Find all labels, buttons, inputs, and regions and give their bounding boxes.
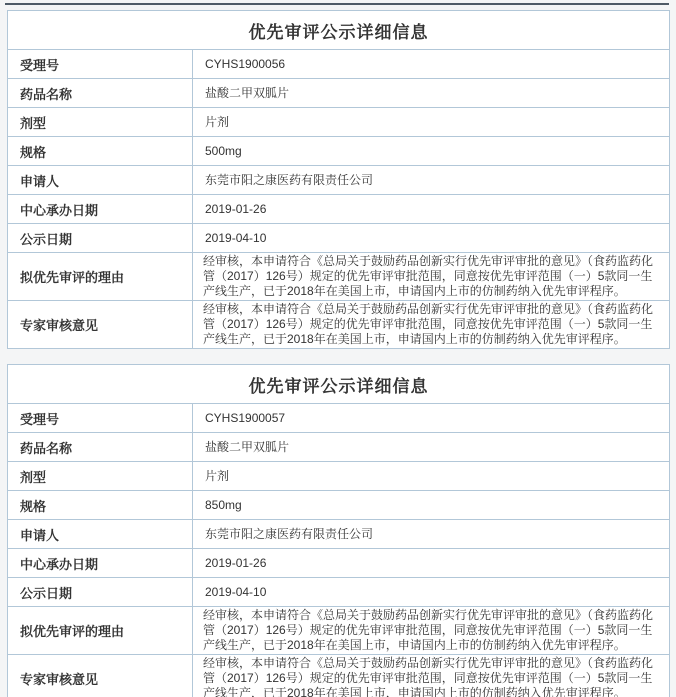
table-row: 中心承办日期 2019-01-26 xyxy=(8,549,670,578)
field-label-acceptance-number: 受理号 xyxy=(8,404,193,433)
field-value-acceptance-number: CYHS1900057 xyxy=(193,404,670,433)
field-value-drug-name: 盐酸二甲双胍片 xyxy=(193,79,670,108)
field-label-publicity-date: 公示日期 xyxy=(8,578,193,607)
priority-review-detail-table-1: 优先审评公示详细信息 受理号 CYHS1900056 药品名称 盐酸二甲双胍片 … xyxy=(7,10,670,349)
table-row: 受理号 CYHS1900057 xyxy=(8,404,670,433)
field-value-priority-review-reason: 经审核，本申请符合《总局关于鼓励药品创新实行优先审评审批的意见》（食药监药化管（… xyxy=(193,607,670,655)
table-row: 中心承办日期 2019-01-26 xyxy=(8,195,670,224)
field-label-expert-review-opinion: 专家审核意见 xyxy=(8,655,193,697)
field-label-applicant: 申请人 xyxy=(8,520,193,549)
table-row: 规格 500mg xyxy=(8,137,670,166)
field-value-expert-review-opinion: 经审核，本申请符合《总局关于鼓励药品创新实行优先审评审批的意见》（食药监药化管（… xyxy=(193,655,670,697)
field-label-applicant: 申请人 xyxy=(8,166,193,195)
priority-review-detail-table-2: 优先审评公示详细信息 受理号 CYHS1900057 药品名称 盐酸二甲双胍片 … xyxy=(7,364,670,697)
table-row: 剂型 片剂 xyxy=(8,462,670,491)
field-value-drug-name: 盐酸二甲双胍片 xyxy=(193,433,670,462)
table-row: 拟优先审评的理由 经审核，本申请符合《总局关于鼓励药品创新实行优先审评审批的意见… xyxy=(8,253,670,301)
field-value-center-undertake-date: 2019-01-26 xyxy=(193,195,670,224)
field-label-dosage-form: 剂型 xyxy=(8,462,193,491)
field-value-specification: 850mg xyxy=(193,491,670,520)
field-value-center-undertake-date: 2019-01-26 xyxy=(193,549,670,578)
field-value-dosage-form: 片剂 xyxy=(193,108,670,137)
field-value-publicity-date: 2019-04-10 xyxy=(193,224,670,253)
table-row: 申请人 东莞市阳之康医药有限责任公司 xyxy=(8,166,670,195)
field-label-drug-name: 药品名称 xyxy=(8,79,193,108)
table-title: 优先审评公示详细信息 xyxy=(8,365,670,404)
field-value-publicity-date: 2019-04-10 xyxy=(193,578,670,607)
field-value-dosage-form: 片剂 xyxy=(193,462,670,491)
top-divider-rule xyxy=(5,3,669,5)
table-row: 受理号 CYHS1900056 xyxy=(8,50,670,79)
field-label-priority-review-reason: 拟优先审评的理由 xyxy=(8,607,193,655)
field-value-acceptance-number: CYHS1900056 xyxy=(193,50,670,79)
table-row: 规格 850mg xyxy=(8,491,670,520)
field-label-publicity-date: 公示日期 xyxy=(8,224,193,253)
field-label-priority-review-reason: 拟优先审评的理由 xyxy=(8,253,193,301)
table-row: 剂型 片剂 xyxy=(8,108,670,137)
field-label-specification: 规格 xyxy=(8,491,193,520)
table-row: 拟优先审评的理由 经审核，本申请符合《总局关于鼓励药品创新实行优先审评审批的意见… xyxy=(8,607,670,655)
field-label-center-undertake-date: 中心承办日期 xyxy=(8,195,193,224)
table-title-row: 优先审评公示详细信息 xyxy=(8,11,670,50)
table-title: 优先审评公示详细信息 xyxy=(8,11,670,50)
table-row: 专家审核意见 经审核，本申请符合《总局关于鼓励药品创新实行优先审评审批的意见》（… xyxy=(8,655,670,697)
field-label-acceptance-number: 受理号 xyxy=(8,50,193,79)
field-value-specification: 500mg xyxy=(193,137,670,166)
table-row: 申请人 东莞市阳之康医药有限责任公司 xyxy=(8,520,670,549)
table-row: 公示日期 2019-04-10 xyxy=(8,578,670,607)
field-label-dosage-form: 剂型 xyxy=(8,108,193,137)
field-label-specification: 规格 xyxy=(8,137,193,166)
field-value-applicant: 东莞市阳之康医药有限责任公司 xyxy=(193,166,670,195)
field-label-expert-review-opinion: 专家审核意见 xyxy=(8,301,193,349)
table-row: 药品名称 盐酸二甲双胍片 xyxy=(8,79,670,108)
field-label-drug-name: 药品名称 xyxy=(8,433,193,462)
field-value-priority-review-reason: 经审核，本申请符合《总局关于鼓励药品创新实行优先审评审批的意见》（食药监药化管（… xyxy=(193,253,670,301)
field-value-expert-review-opinion: 经审核，本申请符合《总局关于鼓励药品创新实行优先审评审批的意见》（食药监药化管（… xyxy=(193,301,670,349)
table-row: 专家审核意见 经审核，本申请符合《总局关于鼓励药品创新实行优先审评审批的意见》（… xyxy=(8,301,670,349)
field-label-center-undertake-date: 中心承办日期 xyxy=(8,549,193,578)
table-row: 药品名称 盐酸二甲双胍片 xyxy=(8,433,670,462)
table-title-row: 优先审评公示详细信息 xyxy=(8,365,670,404)
table-row: 公示日期 2019-04-10 xyxy=(8,224,670,253)
field-value-applicant: 东莞市阳之康医药有限责任公司 xyxy=(193,520,670,549)
